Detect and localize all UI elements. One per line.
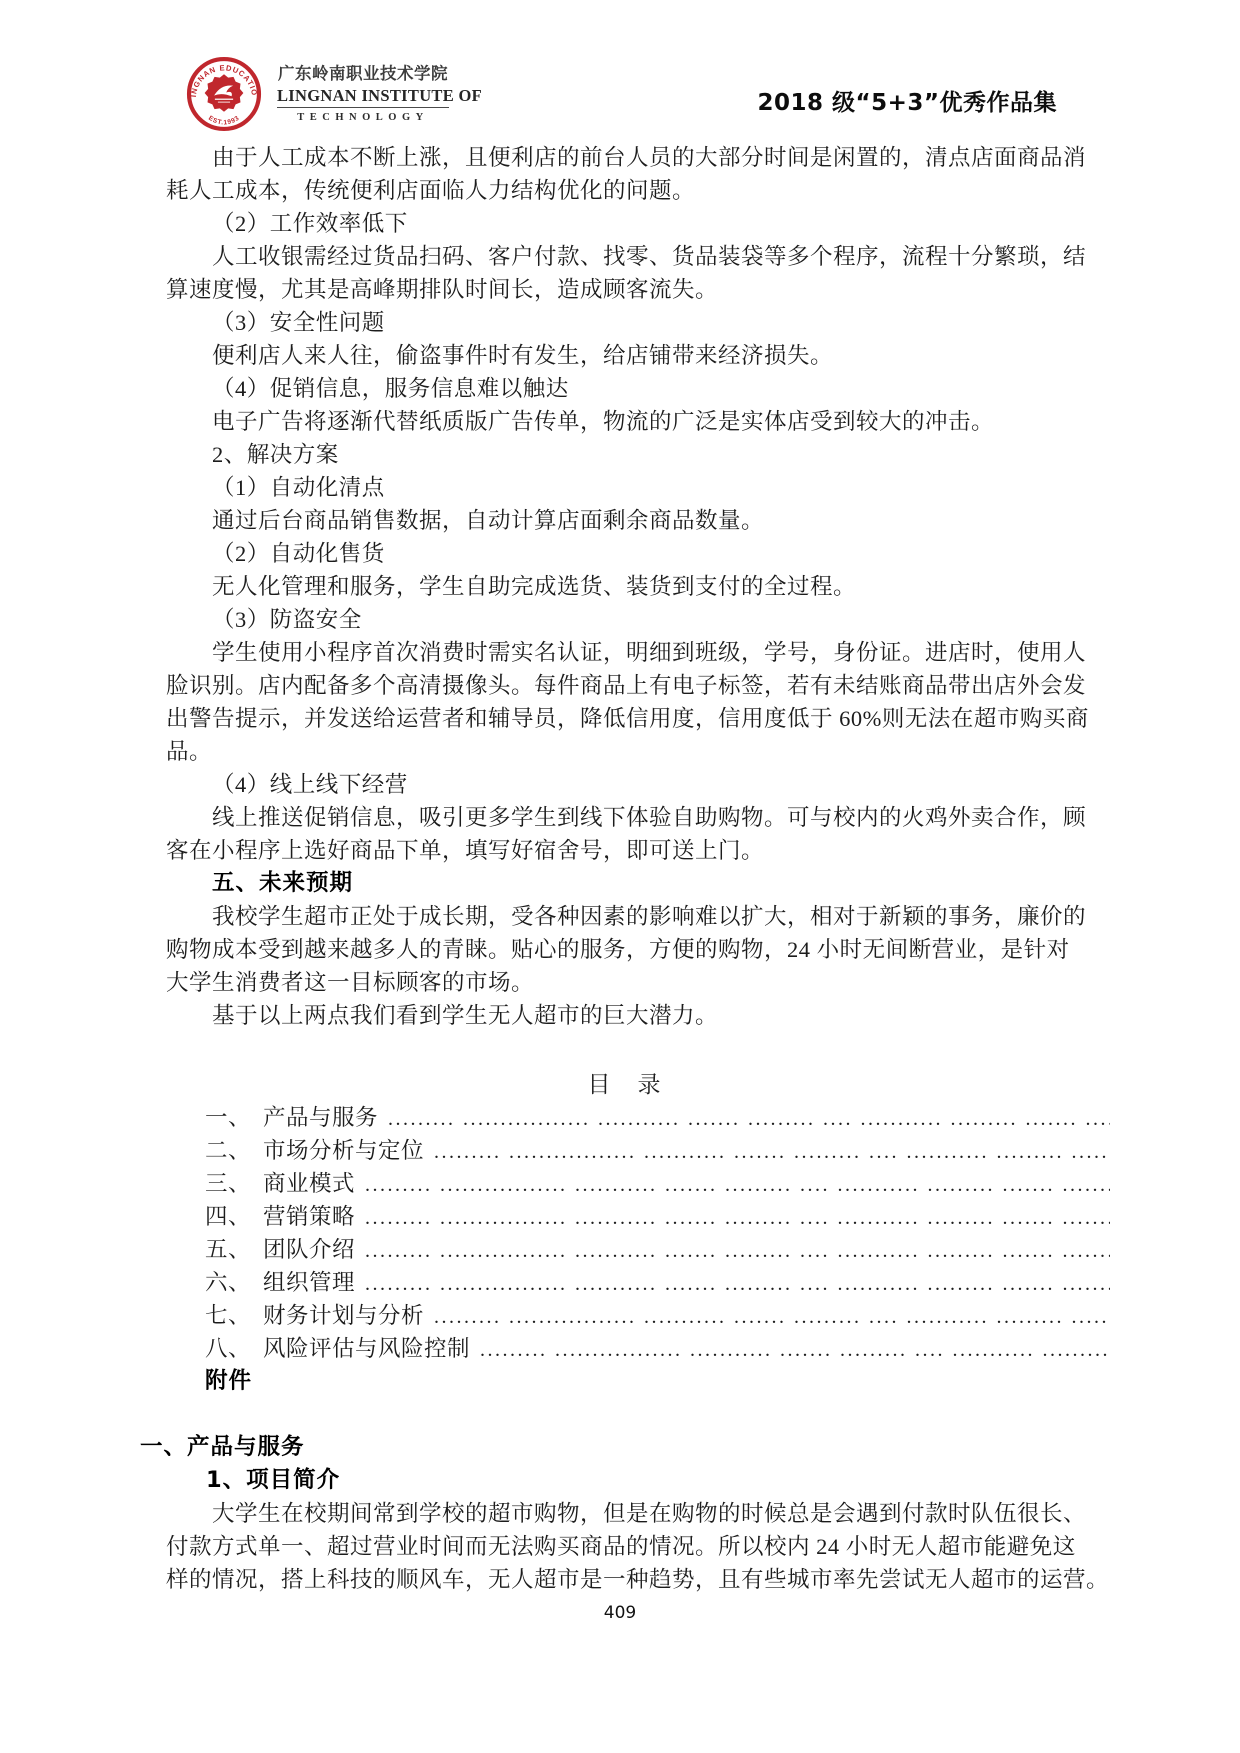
- page-number: 409: [604, 1603, 636, 1623]
- section-heading-products-services: 一、产品与服务: [140, 1431, 1110, 1464]
- toc-item-number: 五、: [205, 1233, 251, 1266]
- toc-item-title: 产品与服务: [263, 1101, 378, 1134]
- toc-leader-dots: ......... ................. ........... …: [365, 1169, 1110, 1202]
- toc-item-title: 团队介绍: [263, 1233, 355, 1266]
- subsection-heading-project-intro: 1、项目简介: [140, 1464, 1110, 1497]
- text-line: 无人化管理和服务，学生自助完成选货、装货到支付的全过程。: [140, 570, 1110, 603]
- toc-heading: 目 录: [140, 1068, 1110, 1101]
- toc-item: 二、市场分析与定位......... ................. ...…: [140, 1134, 1110, 1167]
- toc-item: 三、商业模式......... ................. ......…: [140, 1167, 1110, 1200]
- toc-item: 四、营销策略......... ................. ......…: [140, 1200, 1110, 1233]
- toc-item-number: 八、: [205, 1332, 251, 1365]
- text-line: 样的情况，搭上科技的顺风车，无人超市是一种趋势，且有些城市率先尝试无人超市的运营…: [140, 1563, 1110, 1596]
- section-text-block: 大学生在校期间常到学校的超市购物，但是在购物的时候总是会遇到付款时队伍很长、付款…: [140, 1497, 1110, 1596]
- page-footer: 409: [0, 1603, 1240, 1623]
- toc-item-number: 一、: [205, 1101, 251, 1134]
- toc-item-title: 商业模式: [263, 1167, 355, 1200]
- text-line: 客在小程序上选好商品下单，填写好宿舍号，即可送上门。: [140, 834, 1110, 867]
- text-line: 我校学生超市正处于成长期，受各种因素的影响难以扩大，相对于新颖的事务，廉价的: [140, 900, 1110, 933]
- text-line: 线上推送促销信息，吸引更多学生到线下体验自助购物。可与校内的火鸡外卖合作，顾: [140, 801, 1110, 834]
- institute-name-cn: 广东岭南职业技术学院: [277, 62, 449, 86]
- document-body: 由于人工成本不断上涨，且便利店的前台人员的大部分时间是闲置的，清点店面商品消耗人…: [140, 141, 1110, 1596]
- document-page: LINGNAN EDUCATION EST.1993 广东岭南职业技术学院 LI…: [0, 0, 1240, 1753]
- toc-leader-dots: ......... ................. ........... …: [365, 1235, 1110, 1268]
- toc-leader-dots: ......... ................. ........... …: [434, 1136, 1110, 1169]
- toc-item-number: 六、: [205, 1266, 251, 1299]
- text-line: 电子广告将逐渐代替纸质版广告传单，物流的广泛是实体店受到较大的冲击。: [140, 405, 1110, 438]
- toc-item-title: 组织管理: [263, 1266, 355, 1299]
- toc-item: 八、风险评估与风险控制......... ................. .…: [140, 1332, 1110, 1365]
- text-line: （1）自动化清点: [140, 471, 1110, 504]
- text-line: 通过后台商品销售数据，自动计算店面剩余商品数量。: [140, 504, 1110, 537]
- text-line: 基于以上两点我们看到学生无人超市的巨大潜力。: [140, 999, 1110, 1032]
- text-line: 五、未来预期: [140, 867, 1110, 900]
- text-line: 付款方式单一、超过营业时间而无法购买商品的情况。所以校内 24 小时无人超市能避…: [140, 1530, 1110, 1563]
- text-line: 出警告提示，并发送给运营者和辅导员，降低信用度，信用度低于 60%则无法在超市购…: [140, 702, 1110, 735]
- text-line: （3）防盗安全: [140, 603, 1110, 636]
- toc-leader-dots: ......... ................. ........... …: [388, 1103, 1110, 1136]
- institute-name-en-line1: LINGNAN INSTITUTE OF: [277, 86, 449, 108]
- institute-name-en-line2: TECHNOLOGY: [277, 110, 449, 126]
- toc-item-title: 风险评估与风险控制: [263, 1332, 470, 1365]
- toc-item-number: 二、: [205, 1134, 251, 1167]
- text-line: （4）促销信息，服务信息难以触达: [140, 372, 1110, 405]
- text-line: 脸识别。店内配备多个高清摄像头。每件商品上有电子标签，若有未结账商品带出店外会发: [140, 669, 1110, 702]
- text-line: （4）线上线下经营: [140, 768, 1110, 801]
- text-line: 由于人工成本不断上涨，且便利店的前台人员的大部分时间是闲置的，清点店面商品消: [140, 141, 1110, 174]
- toc-leader-dots: ......... ................. ........... …: [365, 1202, 1110, 1235]
- toc-item: 一、产品与服务......... ................. .....…: [140, 1101, 1110, 1134]
- lingnan-seal-logo: LINGNAN EDUCATION EST.1993: [186, 56, 262, 132]
- text-line: 耗人工成本，传统便利店面临人力结构优化的问题。: [140, 174, 1110, 207]
- toc-list: 一、产品与服务......... ................. .....…: [140, 1101, 1110, 1365]
- text-line: 大学生消费者这一目标顾客的市场。: [140, 966, 1110, 999]
- toc-item: 六、组织管理......... ................. ......…: [140, 1266, 1110, 1299]
- text-line: 算速度慢，尤其是高峰期排队时间长，造成顾客流失。: [140, 273, 1110, 306]
- toc-item: 五、团队介绍......... ................. ......…: [140, 1233, 1110, 1266]
- text-line: （3）安全性问题: [140, 306, 1110, 339]
- text-line: 2、解决方案: [140, 438, 1110, 471]
- collection-title: 2018 级“5+3”优秀作品集: [757, 84, 1057, 117]
- toc-appendix-label: 附件: [140, 1365, 1110, 1398]
- text-line: （2）自动化售货: [140, 537, 1110, 570]
- text-line: 学生使用小程序首次消费时需实名认证，明细到班级，学号，身份证。进店时，使用人: [140, 636, 1110, 669]
- body-text-block: 由于人工成本不断上涨，且便利店的前台人员的大部分时间是闲置的，清点店面商品消耗人…: [140, 141, 1110, 1032]
- toc-item-title: 营销策略: [263, 1200, 355, 1233]
- toc-leader-dots: ......... ................. ........... …: [480, 1334, 1110, 1367]
- toc-item-title: 财务计划与分析: [263, 1299, 424, 1332]
- toc-leader-dots: ......... ................. ........... …: [434, 1301, 1110, 1334]
- toc-item-number: 四、: [205, 1200, 251, 1233]
- toc-item-number: 三、: [205, 1167, 251, 1200]
- text-line: 大学生在校期间常到学校的超市购物，但是在购物的时候总是会遇到付款时队伍很长、: [140, 1497, 1110, 1530]
- toc-item-number: 七、: [205, 1299, 251, 1332]
- institute-name-block: 广东岭南职业技术学院 LINGNAN INSTITUTE OF TECHNOLO…: [277, 62, 449, 126]
- toc-item: 七、财务计划与分析......... ................. ...…: [140, 1299, 1110, 1332]
- toc-leader-dots: ......... ................. ........... …: [365, 1268, 1110, 1301]
- text-line: 便利店人来人往，偷盗事件时有发生，给店铺带来经济损失。: [140, 339, 1110, 372]
- text-line: 购物成本受到越来越多人的青睐。贴心的服务，方便的购物，24 小时无间断营业，是针…: [140, 933, 1110, 966]
- toc-item-title: 市场分析与定位: [263, 1134, 424, 1167]
- text-line: 人工收银需经过货品扫码、客户付款、找零、货品装袋等多个程序，流程十分繁琐，结: [140, 240, 1110, 273]
- text-line: 品。: [140, 735, 1110, 768]
- text-line: （2）工作效率低下: [140, 207, 1110, 240]
